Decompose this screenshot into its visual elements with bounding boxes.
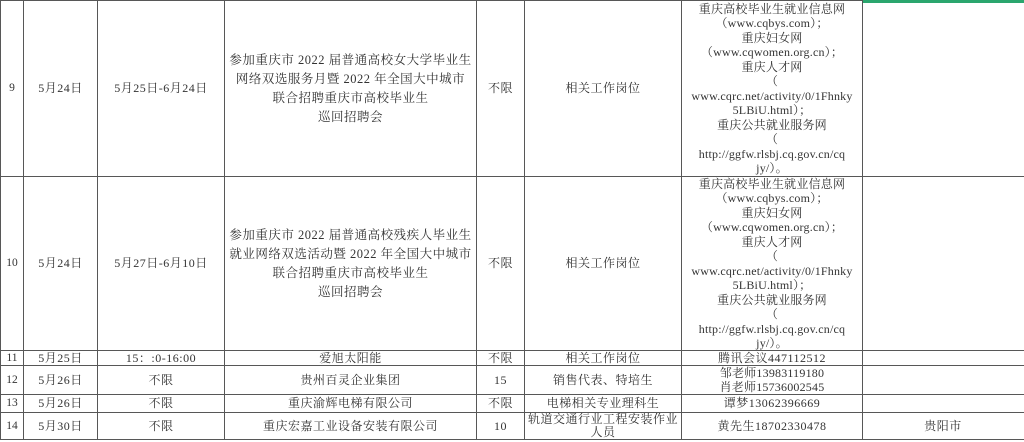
cell-event-time: 不限 — [98, 395, 225, 412]
cell-headcount: 不限 — [477, 351, 525, 365]
cell-publish-date: 5月30日 — [24, 413, 98, 439]
table-row-13: 13 5月26日 不限 重庆渝辉电梯有限公司 不限 电梯相关专业理科生 谭梦13… — [1, 395, 1024, 413]
cell-city — [863, 351, 1023, 365]
cell-publish-date: 5月24日 — [24, 177, 98, 350]
cell-index: 14 — [1, 413, 24, 439]
cell-positions: 相关工作岗位 — [525, 351, 682, 365]
cell-city: 贵阳市 — [863, 413, 1023, 439]
cell-event-name: 重庆渝辉电梯有限公司 — [225, 395, 477, 412]
cell-headcount: 不限 — [477, 395, 525, 412]
cell-index: 10 — [1, 177, 24, 350]
cell-positions: 销售代表、特培生 — [525, 366, 682, 394]
cell-event-time: 15：:0-16:00 — [98, 351, 225, 365]
cell-city — [863, 366, 1023, 394]
cell-event-name: 贵州百灵企业集团 — [225, 366, 477, 394]
table-row-10: 10 5月24日 5月27日-6月10日 参加重庆市 2022 届普通高校残疾人… — [1, 177, 1024, 351]
cell-headcount: 15 — [477, 366, 525, 394]
cell-event-name: 参加重庆市 2022 届普通高校残疾人毕业生 就业网络双选活动暨 2022 年全… — [225, 177, 477, 350]
cell-positions: 相关工作岗位 — [525, 1, 682, 176]
cell-contact: 重庆高校毕业生就业信息网 （www.cqbys.com）； 重庆妇女网 （www… — [682, 177, 863, 350]
cell-headcount: 不限 — [477, 177, 525, 350]
cell-index: 12 — [1, 366, 24, 394]
cell-event-name: 参加重庆市 2022 届普通高校女大学毕业生 网络双选服务月暨 2022 年全国… — [225, 1, 477, 176]
cell-event-time: 5月25日-6月24日 — [98, 1, 225, 176]
recruitment-schedule-table-sheet: 9 5月24日 5月25日-6月24日 参加重庆市 2022 届普通高校女大学毕… — [0, 0, 1024, 442]
cell-contact: 黄先生18702330478 — [682, 413, 863, 439]
cell-event-time: 不限 — [98, 413, 225, 439]
cell-event-time: 不限 — [98, 366, 225, 394]
cell-contact: 谭梦13062396669 — [682, 395, 863, 412]
cell-contact: 重庆高校毕业生就业信息网 （www.cqbys.com）； 重庆妇女网 （www… — [682, 1, 863, 176]
cell-publish-date: 5月25日 — [24, 351, 98, 365]
cell-headcount: 不限 — [477, 1, 525, 176]
table-row-14: 14 5月30日 不限 重庆宏嘉工业设备安装有限公司 10 轨道交通行业工程安装… — [1, 413, 1024, 440]
table-row-12: 12 5月26日 不限 贵州百灵企业集团 15 销售代表、特培生 邹老师1398… — [1, 366, 1024, 395]
recruitment-table: 9 5月24日 5月25日-6月24日 参加重庆市 2022 届普通高校女大学毕… — [0, 0, 1024, 440]
cell-publish-date: 5月24日 — [24, 1, 98, 176]
cell-city — [863, 1, 1023, 176]
cell-event-name: 爱旭太阳能 — [225, 351, 477, 365]
cell-event-name: 重庆宏嘉工业设备安装有限公司 — [225, 413, 477, 439]
cell-event-time: 5月27日-6月10日 — [98, 177, 225, 350]
cell-contact: 邹老师13983119180 肖老师15736002545 — [682, 366, 863, 394]
cell-publish-date: 5月26日 — [24, 366, 98, 394]
selection-highlight-bar — [863, 0, 1024, 3]
cell-headcount: 10 — [477, 413, 525, 439]
cell-city — [863, 177, 1023, 350]
cell-city — [863, 395, 1023, 412]
table-row-9: 9 5月24日 5月25日-6月24日 参加重庆市 2022 届普通高校女大学毕… — [1, 1, 1024, 177]
cell-index: 11 — [1, 351, 24, 365]
cell-positions: 相关工作岗位 — [525, 177, 682, 350]
cell-positions: 电梯相关专业理科生 — [525, 395, 682, 412]
cell-index: 13 — [1, 395, 24, 412]
cell-publish-date: 5月26日 — [24, 395, 98, 412]
table-row-11: 11 5月25日 15：:0-16:00 爱旭太阳能 不限 相关工作岗位 腾讯会… — [1, 351, 1024, 366]
cell-positions: 轨道交通行业工程安装作业 人员 — [525, 413, 682, 439]
cell-contact: 腾讯会议447112512 — [682, 351, 863, 365]
cell-index: 9 — [1, 1, 24, 176]
